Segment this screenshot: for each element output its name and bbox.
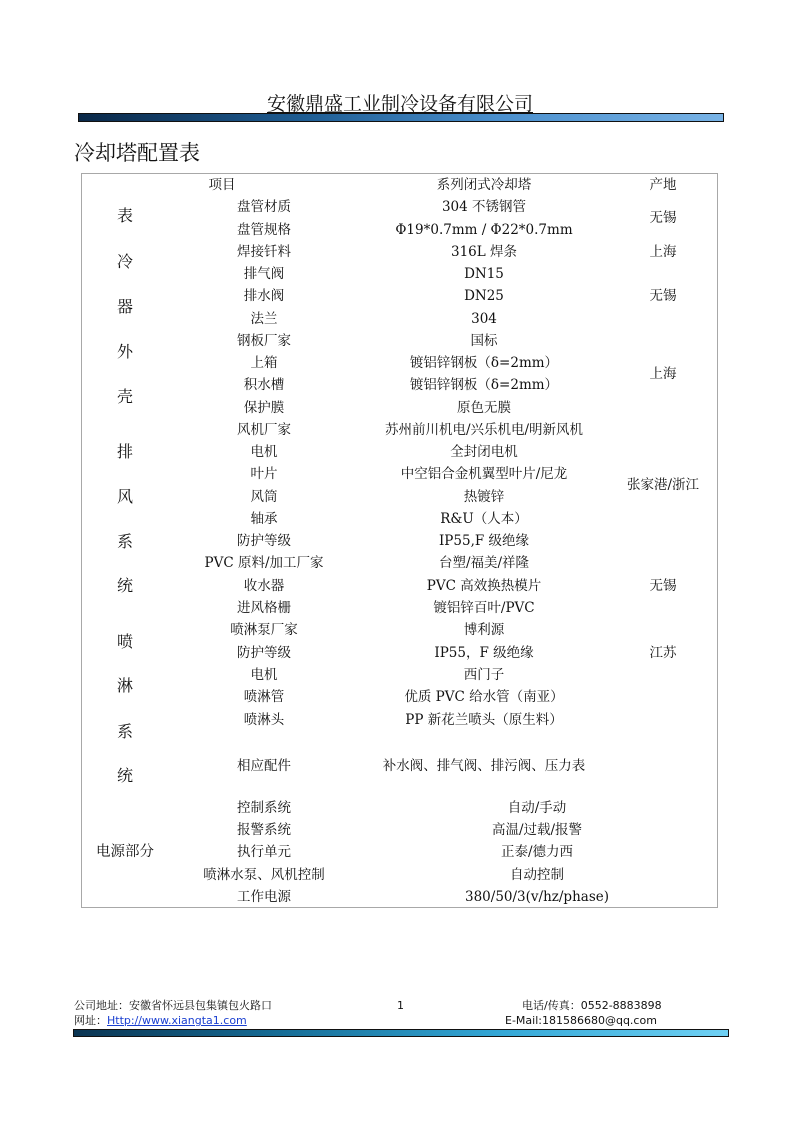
row-item: 收水器 [244,577,285,595]
section-label-char: 喷 [117,633,133,651]
column-header-origin: 产地 [650,176,677,194]
row-item: 排水阀 [244,287,285,305]
row-item: 防护等级 [237,644,291,662]
row-spec: 自动控制 [510,866,564,884]
section-label-char: 系 [117,533,133,551]
row-spec: IP55，F 级绝缘 [434,644,533,662]
row-item: 保护膜 [244,399,285,417]
section-label-power: 电源部分 [96,843,154,861]
row-spec: 优质 PVC 给水管（南亚） [404,688,563,706]
config-table [81,173,718,908]
section-label-char: 冷 [117,253,133,271]
row-spec: DN25 [464,287,504,305]
row-item: 控制系统 [237,799,291,817]
footer-email: E-Mail:181586680@qq.com [505,1014,657,1028]
row-item: 法兰 [251,310,278,328]
row-item: 风筒 [251,488,278,506]
footer-website: 网址：Http://www.xiangta1.com [74,1014,247,1028]
origin-cell: 无锡 [650,287,677,305]
row-spec: 304 [471,310,497,328]
section-label-char: 壳 [117,388,133,406]
row-item: 风机厂家 [237,421,291,439]
row-spec: 正泰/德力西 [501,843,573,861]
row-spec: 原色无膜 [457,399,511,417]
row-item: 上箱 [251,354,278,372]
row-item: 喷淋头 [244,711,285,729]
section-label-char: 表 [117,207,133,225]
row-item: 盘管规格 [237,221,291,239]
origin-cell: 江苏 [650,644,677,662]
origin-cell: 上海 [650,243,677,261]
row-spec: 西门子 [464,666,505,684]
row-spec: 博利源 [464,621,505,639]
row-item: 喷淋泵厂家 [230,621,298,639]
row-spec: R&U（人本） [440,510,528,528]
origin-cell: 上海 [650,365,677,383]
row-item: 相应配件 [237,757,291,775]
document-title: 冷却塔配置表 [74,140,200,166]
header-gradient-bar [78,113,724,122]
row-item: 盘管材质 [237,198,291,216]
row-item: 防护等级 [237,532,291,550]
footer-phone: 电话/传真：0552-8883898 [522,999,662,1013]
row-spec: 中空铝合金机翼型叶片/尼龙 [401,465,568,483]
row-item: 进风格栅 [237,599,291,617]
section-label-char: 风 [117,488,133,506]
row-item: 工作电源 [237,888,291,906]
row-spec: 高温/过载/报警 [492,821,582,839]
row-item: 排气阀 [244,265,285,283]
row-spec: 304 不锈钢管 [442,198,526,216]
origin-cell: 无锡 [650,577,677,595]
row-spec: PP 新花兰喷头（原生料） [405,711,562,729]
section-label-char: 统 [117,767,133,785]
row-item: 积水槽 [244,376,285,394]
row-spec: 补水阀、排气阀、排污阀、压力表 [383,757,586,775]
section-label-char: 淋 [117,677,133,695]
origin-cell: 张家港/浙江 [627,476,699,494]
row-item: 轴承 [251,510,278,528]
footer-address: 公司地址：安徽省怀远县包集镇包火路口 [74,999,272,1013]
row-item: 焊接钎料 [237,243,291,261]
row-item: 电机 [251,666,278,684]
section-label-char: 外 [117,343,133,361]
section-label-char: 器 [117,298,133,316]
row-spec: 自动/手动 [508,799,567,817]
row-item: PVC 原料/加工厂家 [204,554,323,572]
row-spec: 台塑/福美/祥隆 [439,554,529,572]
row-item: 电机 [251,443,278,461]
row-spec: 热镀锌 [464,488,505,506]
origin-cell: 无锡 [650,209,677,227]
row-spec: Φ19*0.7mm / Φ22*0.7mm [395,221,572,239]
footer-gradient-bar [73,1029,729,1037]
row-item: 喷淋水泵、风机控制 [203,866,325,884]
row-item: 喷淋管 [244,688,285,706]
row-spec: 镀铝锌钢板（δ=2mm） [410,376,558,394]
row-spec: 380/50/3(v/hz/phase) [465,888,609,906]
row-item: 钢板厂家 [237,332,291,350]
row-spec: 镀铝锌百叶/PVC [433,599,534,617]
row-spec: DN15 [464,265,504,283]
row-spec: 国标 [471,332,498,350]
row-item: 执行单元 [237,843,291,861]
column-header-item: 项目 [209,176,236,194]
column-header-spec: 系列闭式冷却塔 [437,176,532,194]
section-label-char: 排 [117,443,133,461]
row-spec: 苏州前川机电/兴乐机电/明新风机 [385,421,583,439]
page-number: 1 [397,999,404,1013]
row-item: 报警系统 [237,821,291,839]
row-spec: IP55,F 级绝缘 [439,532,529,550]
row-item: 叶片 [251,465,278,483]
website-link[interactable]: Http://www.xiangta1.com [107,1014,247,1027]
row-spec: 全封闭电机 [450,443,518,461]
section-label-char: 系 [117,723,133,741]
section-label-char: 统 [117,577,133,595]
row-spec: 316L 焊条 [451,243,517,261]
row-spec: PVC 高效换热模片 [427,577,541,595]
row-spec: 镀铝锌钢板（δ=2mm） [410,354,558,372]
